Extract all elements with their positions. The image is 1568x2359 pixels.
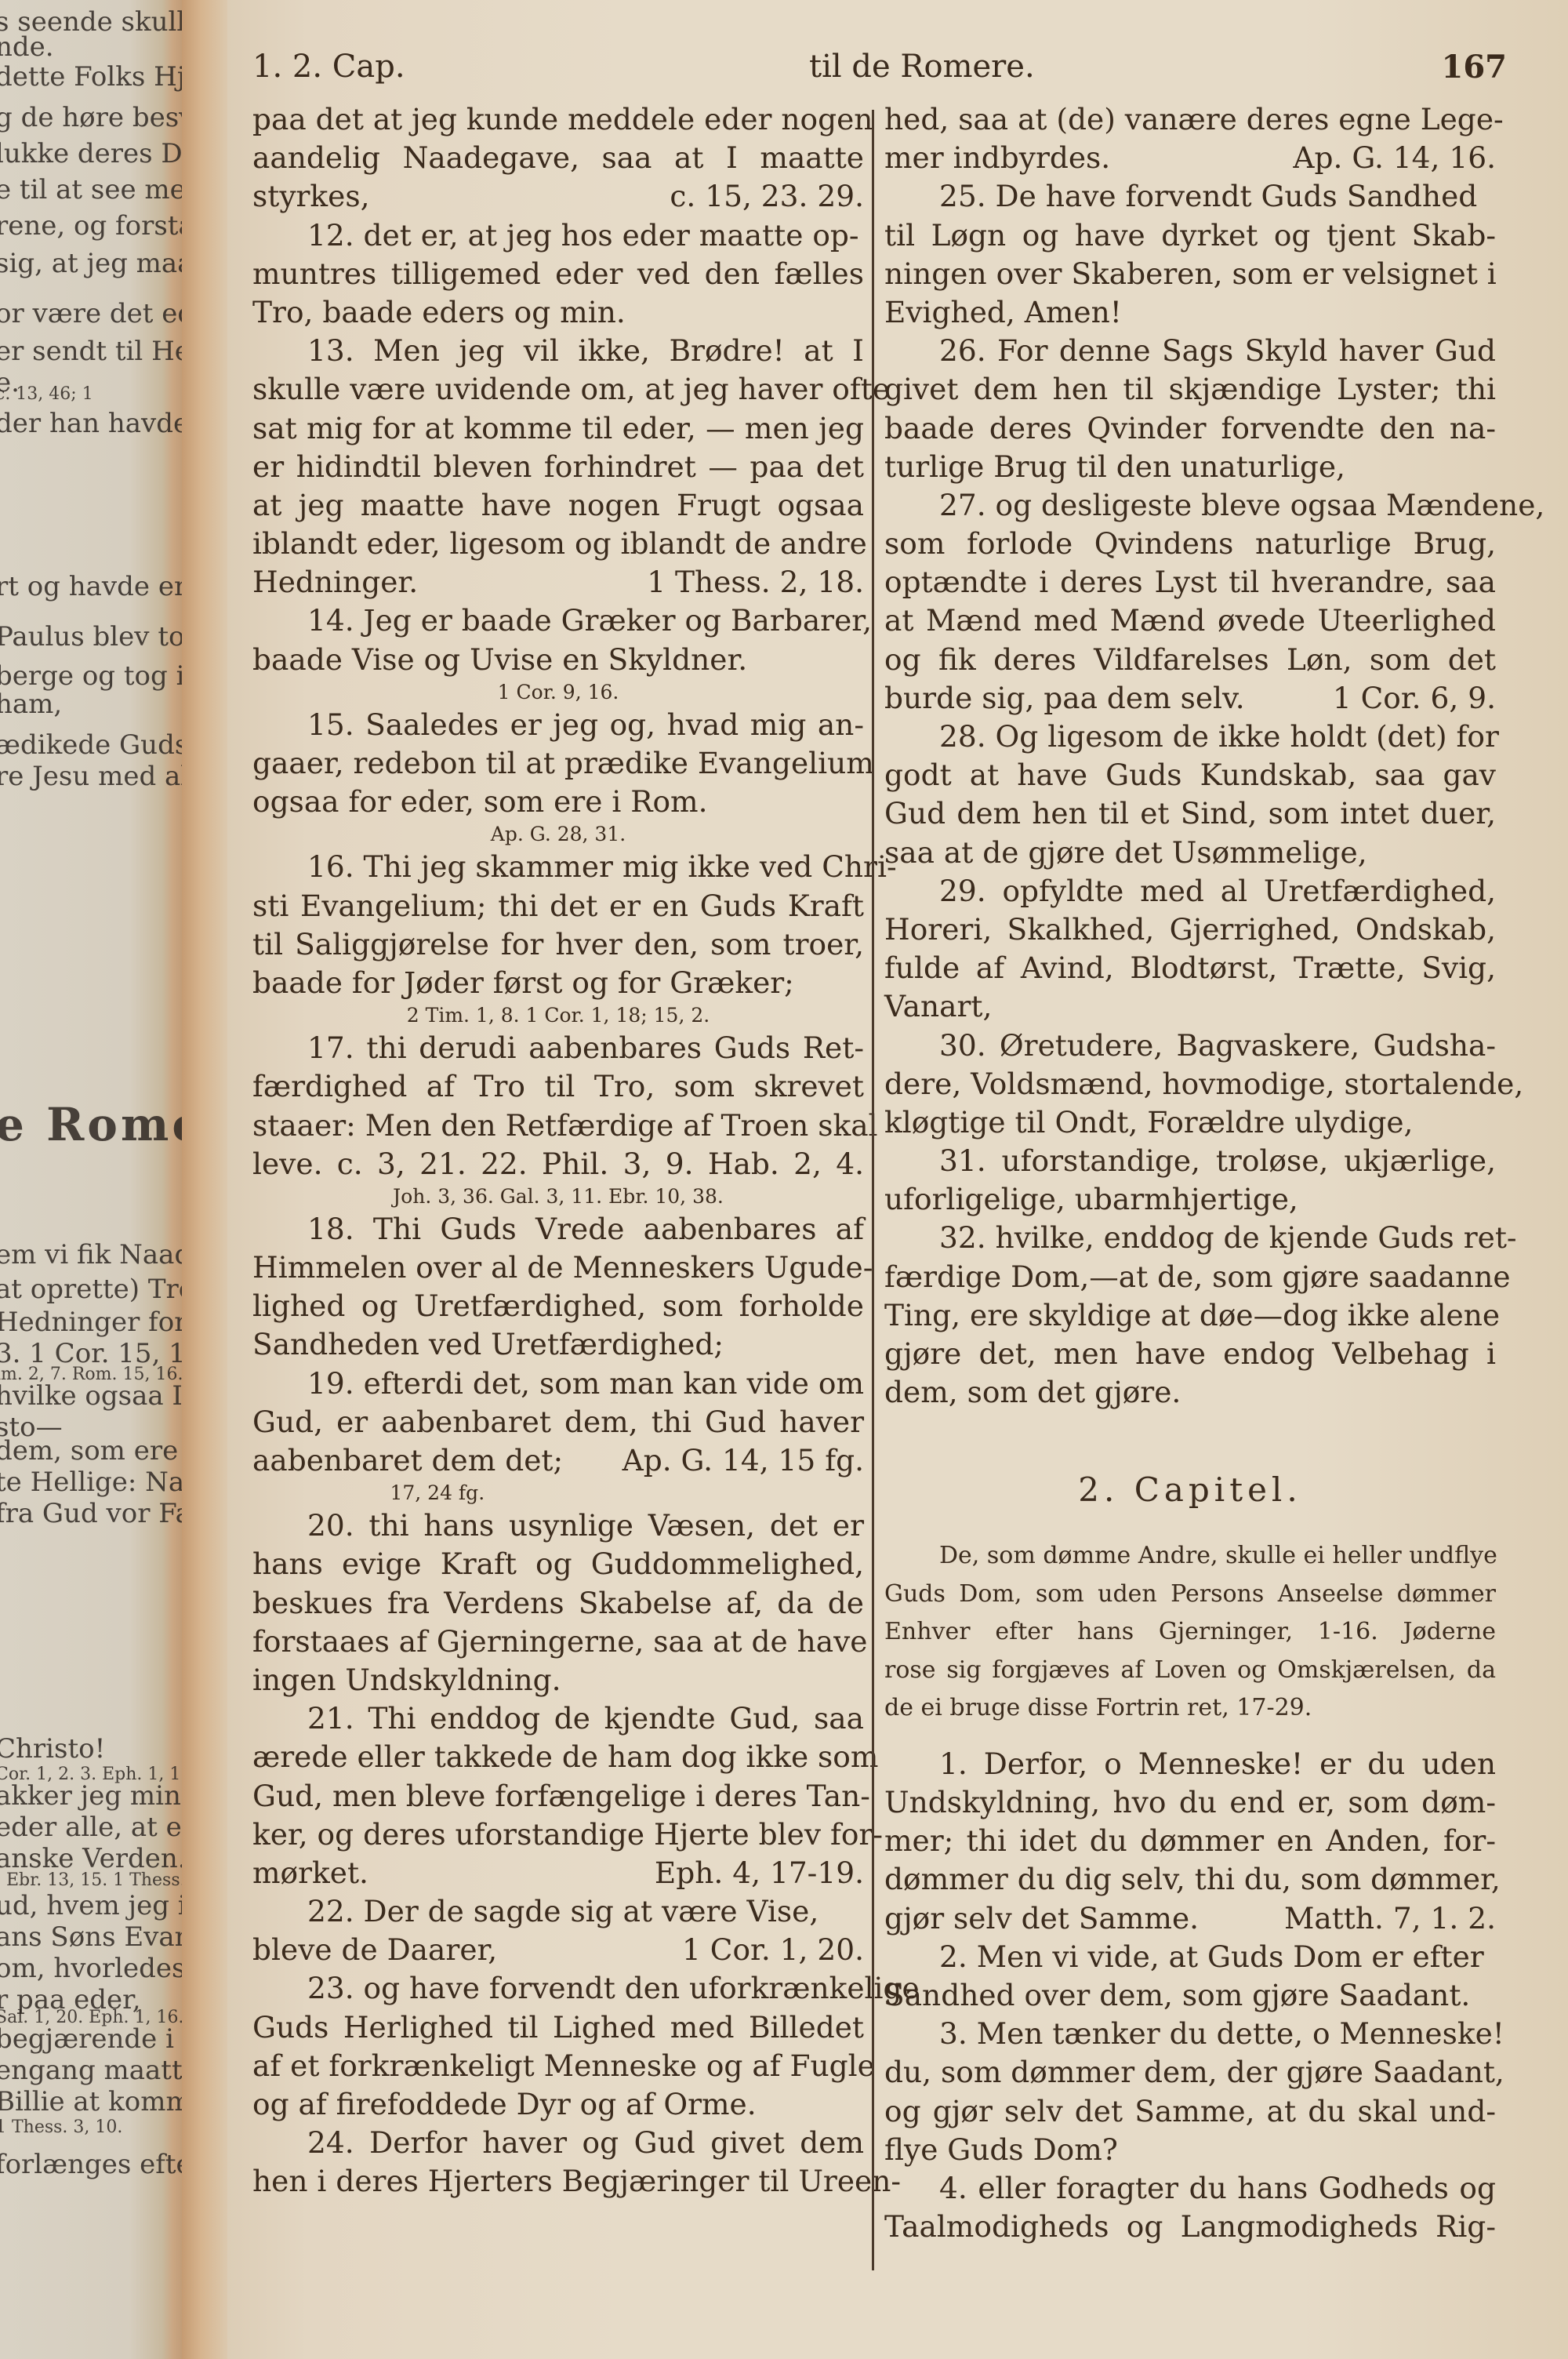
text-line: lighed og Uretfærdighed, som forholde [252, 1287, 864, 1325]
text-line: færdige Dom,—at de, som gjøre saadanne [884, 1258, 1496, 1296]
line-text: dem, som det gjøre. [884, 1375, 1181, 1409]
line-text: De, som dømme Andre, skulle ei heller un… [939, 1542, 1497, 1569]
line-text: 13. Men jeg vil ikke, Brødre! at I [307, 333, 864, 368]
line-text: hed, saa at (de) vanære deres egne Lege- [884, 102, 1504, 136]
line-text: iblandt eder, ligesom og iblandt de andr… [252, 526, 867, 561]
line-text: Undskyldning, hvo du end er, som døm- [884, 1785, 1496, 1819]
line-text: 22. Der de sagde sig at være Vise, [307, 1894, 818, 1928]
line-text: 17. thi derudi aabenbares Guds Ret- [307, 1030, 864, 1065]
previous-page-text: em vi fik Naade og Apo [0, 1239, 184, 1270]
column-divider-rule [872, 110, 874, 2270]
line-text: 19. efterdi det, som man kan vide om [307, 1366, 864, 1401]
line-text: Guds Dom, som uden Persons Anseelse dømm… [884, 1580, 1496, 1608]
line-text: aandelig Naadegave, saa at I maatte [252, 140, 864, 175]
line-text: er hidindtil bleven forhindret — paa det [252, 449, 864, 484]
verse-start-line: 21. Thi enddog de kjendte Gud, saa [252, 1699, 864, 1738]
line-text: 16. Thi jeg skammer mig ikke ved Chri- [307, 849, 897, 884]
line-text: beskues fra Verdens Skabelse af, da de [252, 1586, 864, 1620]
line-text: skulle være uvidende om, at jeg haver of… [252, 372, 890, 406]
cross-reference: 1 Thess. 2, 18. [647, 563, 864, 602]
text-line: Horeri, Skalkhed, Gjerrighed, Ondskab, [884, 911, 1496, 949]
line-text: 24. Derfor haver og Gud givet dem [307, 2125, 864, 2160]
line-text: optændte i deres Lyst til hverandre, saa [884, 565, 1496, 599]
text-line: ærede eller takkede de ham dog ikke som [252, 1738, 864, 1776]
line-text: 26. For denne Sags Skyld haver Gud [939, 333, 1496, 368]
line-text: ærede eller takkede de ham dog ikke som [252, 1739, 878, 1774]
book-page: 1. 2. Cap. til de Romere. 167 paa det at… [227, 0, 1568, 2359]
previous-page-text: ud, hvem jeg i min A [0, 1890, 184, 1921]
text-line: hen i deres Hjerters Begjæringer til Ure… [252, 2162, 864, 2201]
text-line: bleve de Daarer,1 Cor. 1, 20. [252, 1931, 864, 1969]
line-text: gjør selv det Samme. [884, 1901, 1199, 1936]
text-line: til Saliggjørelse for hver den, som troe… [252, 925, 864, 964]
line-text: og gjør selv det Samme, at du skal und- [884, 2094, 1496, 2128]
verse-start-line: 23. og have forvendt den uforkrænkelige [252, 1969, 864, 2008]
verse-start-line: 13. Men jeg vil ikke, Brødre! at I [252, 332, 864, 370]
line-text: Sandheden ved Uretfærdighed; [252, 1327, 724, 1361]
line-text: bleve de Daarer, [252, 1932, 497, 1967]
text-line: givet dem hen til skjændige Lyster; thi [884, 370, 1496, 409]
line-text: du, som dømmer dem, der gjøre Saadant, [884, 2055, 1504, 2089]
verse-start-line: 12. det er, at jeg hos eder maatte op- [252, 216, 864, 255]
text-line: som forlode Qvindens naturlige Brug, [884, 525, 1496, 563]
text-line: baade deres Qvinder forvendte den na- [884, 409, 1496, 448]
previous-page-text: lukke deres Dine, at [0, 138, 184, 169]
book-gutter [182, 0, 229, 2359]
line-text: hans evige Kraft og Guddommelighed, [252, 1547, 864, 1581]
line-text: fulde af Avind, Blodtørst, Trætte, Svig, [884, 951, 1496, 985]
previous-page-text: . Ebr. 13, 15. 1 Thess. 1, 8. [0, 1870, 184, 1890]
text-line: flye Guds Dom? [884, 2131, 1496, 2169]
line-text: burde sig, paa dem selv. [884, 681, 1245, 715]
right-column: hed, saa at (de) vanære deres egne Lege-… [884, 100, 1496, 2246]
text-line: de ei bruge disse Fortrin ret, 17-29. [884, 1689, 1496, 1728]
text-line: ningen over Skaberen, som er velsignet i [884, 255, 1496, 293]
text-line: ogsaa for eder, som ere i Rom. [252, 783, 864, 821]
previous-page-text: or være det eder vitter [0, 298, 184, 329]
line-text: godt at have Guds Kundskab, saa gav [884, 758, 1496, 792]
text-line: turlige Brug til den unaturlige, [884, 448, 1496, 486]
verse-start-line: 25. De have forvendt Guds Sandhed [884, 177, 1496, 216]
line-text: 21. Thi enddog de kjendte Gud, saa [307, 1701, 864, 1736]
line-text: baade for Jøder først og for Græker; [252, 965, 794, 1000]
line-text: Guds Herlighed til Lighed med Billedet [252, 2010, 864, 2045]
text-line: mer indbyrdes.Ap. G. 14, 16. [884, 139, 1496, 177]
line-text: rose sig forgjæves af Loven og Omskjærel… [884, 1656, 1496, 1684]
cross-reference: 1 Cor. 9, 16. [252, 679, 864, 706]
line-text: saa at de gjøre det Usømmelige, [884, 835, 1367, 870]
text-line: hans evige Kraft og Guddommelighed, [252, 1545, 864, 1583]
line-text: Vanart, [884, 989, 992, 1023]
text-line: iblandt eder, ligesom og iblandt de andr… [252, 525, 864, 563]
cross-reference: 1 Cor. 1, 20. [682, 1931, 864, 1969]
text-line: gjøre det, men have endog Velbehag i [884, 1335, 1496, 1373]
text-line: aabenbaret dem det;Ap. G. 14, 15 fg. [252, 1441, 864, 1480]
line-text: 30. Øretudere, Bagvaskere, Gudsha- [939, 1028, 1496, 1063]
line-text: 32. hvilke, enddog de kjende Guds ret- [939, 1220, 1517, 1255]
line-text: Gud dem hen til et Sind, som intet duer, [884, 796, 1496, 831]
cross-reference: 1 Cor. 6, 9. [1333, 679, 1496, 718]
text-line: Sandhed over dem, som gjøre Saadant. [884, 1976, 1496, 2015]
cross-reference: 2 Tim. 1, 8. 1 Cor. 1, 18; 15, 2. [252, 1002, 864, 1029]
verse-start-line: 2. Men vi vide, at Guds Dom er efter [884, 1938, 1496, 1976]
text-line: baade for Jøder først og for Græker; [252, 964, 864, 1002]
page-number: 167 [1442, 49, 1508, 85]
verse-start-line: 4. eller foragter du hans Godheds og [884, 2169, 1496, 2208]
previous-page-text: e Romere. [0, 1098, 184, 1151]
text-line: Gud dem hen til et Sind, som intet duer, [884, 794, 1496, 833]
verse-start-line: 18. Thi Guds Vrede aabenbares af [252, 1210, 864, 1249]
verse-start-line: 28. Og ligesom de ikke holdt (det) for [884, 718, 1496, 756]
verse-start-line: 3. Men tænker du dette, o Menneske! [884, 2015, 1496, 2053]
text-line: godt at have Guds Kundskab, saa gav [884, 756, 1496, 794]
previous-page-text: Paulus blev to fulde [0, 621, 184, 652]
text-line: er hidindtil bleven forhindret — paa det [252, 448, 864, 486]
line-text: flye Guds Dom? [884, 2132, 1118, 2167]
line-text: gjøre det, men have endog Velbehag i [884, 1336, 1496, 1371]
text-line: og fik deres Vildfarelses Løn, som det [884, 641, 1496, 679]
verse-start-line: 20. thi hans usynlige Væsen, det er [252, 1507, 864, 1545]
text-line: og gjør selv det Samme, at du skal und- [884, 2092, 1496, 2131]
cross-reference: c. 15, 23. 29. [670, 177, 864, 216]
spacer [884, 1728, 1496, 1745]
previous-page-curl: s seende skulle I se,nde.dette Folks Hje… [0, 0, 184, 2359]
line-text: 12. det er, at jeg hos eder maatte op- [307, 218, 859, 253]
verse-start-line: 32. hvilke, enddog de kjende Guds ret- [884, 1219, 1496, 1257]
line-text: mer; thi idet du dømmer en Anden, for- [884, 1823, 1496, 1858]
text-line: gjør selv det Samme.Matth. 7, 1. 2. [884, 1899, 1496, 1938]
previous-page-text: te Hellige: Naade være [0, 1467, 184, 1498]
cross-reference: Ap. G. 14, 16. [1293, 139, 1496, 177]
text-line: leve. c. 3, 21. 22. Phil. 3, 9. Hab. 2, … [252, 1145, 864, 1183]
line-text: Enhver efter hans Gjerninger, 1-16. Jøde… [884, 1618, 1496, 1645]
line-text: som forlode Qvindens naturlige Brug, [884, 526, 1496, 561]
previous-page-text: 1 Thess. 3, 10. [0, 2117, 122, 2137]
line-text: 3. Men tænker du dette, o Menneske! [939, 2016, 1504, 2051]
line-text: 29. opfyldte med al Uretfærdighed, [939, 874, 1496, 908]
line-text: aabenbaret dem det; [252, 1443, 563, 1478]
previous-page-text: ham, [0, 689, 62, 720]
text-line: beskues fra Verdens Skabelse af, da de [252, 1584, 864, 1623]
text-line: kløgtige til Ondt, Forældre ulydige, [884, 1103, 1496, 1142]
verse-start-line: 17. thi derudi aabenbares Guds Ret- [252, 1029, 864, 1067]
line-text: at Mænd med Mænd øvede Uteerlighed [884, 603, 1496, 638]
cross-reference: 17, 24 fg. [252, 1480, 864, 1507]
text-line: paa det at jeg kunde meddele eder nogen [252, 100, 864, 139]
text-line: burde sig, paa dem selv.1 Cor. 6, 9. [884, 679, 1496, 718]
line-text: ningen over Skaberen, som er velsignet i [884, 256, 1497, 291]
line-text: 31. uforstandige, troløse, ukjærlige, [939, 1143, 1496, 1178]
text-line: Taalmodigheds og Langmodigheds Rig- [884, 2208, 1496, 2246]
cross-reference: Ap. G. 28, 31. [252, 821, 864, 848]
line-text: ker, og deres uforstandige Hjerte blev f… [252, 1817, 883, 1852]
previous-page-text: rene, og forstaae med [0, 210, 184, 242]
text-line: mer; thi idet du dømmer en Anden, for- [884, 1822, 1496, 1860]
line-text: muntres tilligemed eder ved den fælles [252, 256, 864, 291]
previous-page-text: akker jeg min Gud ved [0, 1780, 184, 1812]
text-line: du, som dømmer dem, der gjøre Saadant, [884, 2053, 1496, 2092]
verse-start-line: 30. Øretudere, Bagvaskere, Gudsha- [884, 1027, 1496, 1065]
previous-page-text: Billie at komme til eder [0, 2086, 184, 2117]
previous-page-text: g de høre besværlig [0, 102, 184, 133]
previous-page-text: c. 13, 46; 1 [0, 384, 93, 404]
text-line: Enhver efter hans Gjerninger, 1-16. Jøde… [884, 1613, 1496, 1652]
text-line: aandelig Naadegave, saa at I maatte [252, 139, 864, 177]
text-line: til Løgn og have dyrket og tjent Skab- [884, 216, 1496, 255]
line-text: styrkes, [252, 179, 370, 213]
chapter-summary: De, som dømme Andre, skulle ei heller un… [884, 1537, 1496, 1728]
text-line: mørket.Eph. 4, 17-19. [252, 1854, 864, 1892]
text-line: sat mig for at komme til eder, — men jeg [252, 409, 864, 448]
previous-page-text: begjærende i mine Bøn [0, 2023, 184, 2055]
text-line: Himmelen over al de Menneskers Ugude- [252, 1249, 864, 1287]
line-text: lighed og Uretfærdighed, som forholde [252, 1289, 864, 1323]
line-text: Hedninger. [252, 565, 418, 599]
previous-page-text: engang maatte faae Lei [0, 2055, 184, 2086]
line-text: 15. Saaledes er jeg og, hvad mig an- [307, 707, 864, 742]
line-text: baade Vise og Uvise en Skyldner. [252, 642, 747, 677]
previous-page-text: er sendt til Hedningerne [0, 336, 184, 367]
line-text: til Saliggjørelse for hver den, som troe… [252, 927, 864, 961]
text-line: ker, og deres uforstandige Hjerte blev f… [252, 1816, 864, 1854]
cross-reference: Eph. 4, 17-19. [655, 1854, 864, 1892]
line-text: 20. thi hans usynlige Væsen, det er [307, 1508, 864, 1543]
text-line: dem, som det gjøre. [884, 1373, 1496, 1412]
text-line: skulle være uvidende om, at jeg haver of… [252, 370, 864, 409]
line-text: Evighed, Amen! [884, 295, 1122, 329]
text-line: Guds Herlighed til Lighed med Billedet [252, 2008, 864, 2047]
text-line: baade Vise og Uvise en Skyldner. [252, 641, 864, 679]
text-line: sti Evangelium; thi det er en Guds Kraft [252, 887, 864, 925]
verse-start-line: 19. efterdi det, som man kan vide om [252, 1365, 864, 1403]
line-text: 23. og have forvendt den uforkrænkelige [307, 1971, 920, 2005]
chapter-heading: 2. Capitel. [884, 1443, 1496, 1537]
text-line: Vanart, [884, 987, 1496, 1026]
previous-page-text: forlænges efter at s [0, 2149, 184, 2180]
text-line: Tro, baade eders og min. [252, 293, 864, 332]
line-text: Taalmodigheds og Langmodigheds Rig- [884, 2209, 1496, 2244]
line-text: 27. og desligeste bleve ogsaa Mændene, [939, 488, 1544, 522]
text-line: dere, Voldsmænd, hovmodige, stortalende, [884, 1065, 1496, 1103]
text-line: Evighed, Amen! [884, 293, 1496, 332]
previous-page-text: dem, som ere i Rom, Gu [0, 1435, 184, 1467]
book-title-label: til de Romere. [809, 49, 1035, 85]
line-text: Gud, men bleve forfængelige i deres Tan- [252, 1779, 870, 1813]
line-text: ingen Undskyldning. [252, 1663, 561, 1697]
previous-page-text: Christo! [0, 1733, 105, 1765]
line-text: leve. c. 3, 21. 22. Phil. 3, 9. Hab. 2, … [252, 1147, 864, 1181]
line-text: staaer: Men den Retfærdige af Troen skal [252, 1108, 878, 1143]
previous-page-text: dette Folks Hjerte er [0, 61, 184, 93]
line-text: 25. De have forvendt Guds Sandhed [939, 179, 1477, 213]
text-line: Undskyldning, hvo du end er, som døm- [884, 1783, 1496, 1822]
text-line: styrkes,c. 15, 23. 29. [252, 177, 864, 216]
previous-page-text: at oprette) Troens Lyd [0, 1274, 184, 1305]
text-line: Gud, er aabenbaret dem, thi Gud haver [252, 1403, 864, 1441]
previous-page-text: Hedninger formedelst [0, 1307, 184, 1338]
text-line: og af firefoddede Dyr og af Orme. [252, 2085, 864, 2124]
line-text: givet dem hen til skjændige Lyster; thi [884, 372, 1496, 406]
cross-reference: Joh. 3, 36. Gal. 3, 11. Ebr. 10, 38. [252, 1183, 864, 1210]
cross-reference: Ap. G. 14, 15 fg. [622, 1441, 864, 1480]
line-text: Sandhed over dem, som gjøre Saadant. [884, 1978, 1470, 2012]
line-text: de ei bruge disse Fortrin ret, 17-29. [884, 1694, 1312, 1721]
line-text: 18. Thi Guds Vrede aabenbares af [307, 1212, 864, 1246]
text-line: fulde af Avind, Blodtørst, Trætte, Svig, [884, 949, 1496, 987]
verse-start-line: 1. Derfor, o Menneske! er du uden [884, 1745, 1496, 1783]
line-text: sat mig for at komme til eder, — men jeg [252, 411, 864, 445]
verse-start-line: 16. Thi jeg skammer mig ikke ved Chri- [252, 848, 864, 886]
line-text: paa det at jeg kunde meddele eder nogen [252, 102, 873, 136]
previous-page-text: berge og tog imod Al [0, 660, 184, 692]
line-text: hen i deres Hjerters Begjæringer til Ure… [252, 2164, 901, 2198]
previous-page-text: e til at see med Dine [0, 174, 184, 205]
previous-page-text: ans Søns Evangelium [0, 1921, 184, 1953]
line-text: til Løgn og have dyrket og tjent Skab- [884, 218, 1496, 253]
text-line: forstaaes af Gjerningerne, saa at de hav… [252, 1623, 864, 1661]
line-text: baade deres Qvinder forvendte den na- [884, 411, 1496, 445]
line-text: gaaer, redebon til at prædike Evangelium [252, 746, 874, 780]
previous-page-text: ædikede Guds Rige og [0, 729, 184, 761]
text-line: saa at de gjøre det Usømmelige, [884, 834, 1496, 872]
previous-page-text: anske Verden. 1 Cor. [0, 1843, 184, 1874]
running-head: 1. 2. Cap. til de Romere. 167 [252, 49, 1507, 96]
text-line: Ting, ere skyldige at døe—dog ikke alene [884, 1296, 1496, 1335]
line-text: af et forkrænkeligt Menneske og af Fugle [252, 2048, 875, 2083]
previous-page-text: om, hvorledes jeg uden [0, 1953, 184, 1984]
verse-start-line: 29. opfyldte med al Uretfærdighed, [884, 872, 1496, 911]
verse-start-line: 26. For denne Sags Skyld haver Gud [884, 332, 1496, 370]
previous-page-text: rt og havde en stor Tr [0, 571, 184, 602]
verse-start-line: 22. Der de sagde sig at være Vise, [252, 1892, 864, 1931]
text-line: muntres tilligemed eder ved den fælles [252, 255, 864, 293]
line-text: dere, Voldsmænd, hovmodige, stortalende, [884, 1067, 1523, 1101]
line-text: uforligelige, ubarmhjertige, [884, 1182, 1298, 1216]
text-line: at jeg maatte have nogen Frugt ogsaa [252, 486, 864, 525]
previous-page-text: eder alle, at eders Tro [0, 1812, 184, 1843]
text-line: Sandheden ved Uretfærdighed; [252, 1325, 864, 1364]
line-text: og fik deres Vildfarelses Løn, som det [884, 642, 1496, 677]
previous-page-text: der han havde sagt det [0, 408, 184, 439]
line-text: Ting, ere skyldige at døe—dog ikke alene [884, 1298, 1500, 1332]
line-text: 2. Men vi vide, at Guds Dom er efter [939, 1939, 1484, 1974]
line-text: og af firefoddede Dyr og af Orme. [252, 2087, 757, 2121]
line-text: Himmelen over al de Menneskers Ugude- [252, 1250, 873, 1285]
verse-start-line: 31. uforstandige, troløse, ukjærlige, [884, 1142, 1496, 1180]
line-text: færdighed af Tro til Tro, som skrevet [252, 1069, 864, 1103]
text-line: færdighed af Tro til Tro, som skrevet [252, 1067, 864, 1106]
line-text: ogsaa for eder, som ere i Rom. [252, 784, 708, 819]
text-line: Guds Dom, som uden Persons Anseelse dømm… [884, 1576, 1496, 1614]
line-text: 1. Derfor, o Menneske! er du uden [939, 1747, 1496, 1781]
verse-start-line: 27. og desligeste bleve ogsaa Mændene, [884, 486, 1496, 525]
line-text: Tro, baade eders og min. [252, 295, 626, 329]
text-line: at Mænd med Mænd øvede Uteerlighed [884, 602, 1496, 640]
cross-reference: Matth. 7, 1. 2. [1284, 1899, 1496, 1938]
text-line: uforligelige, ubarmhjertige, [884, 1180, 1496, 1219]
text-line: Hedninger.1 Thess. 2, 18. [252, 563, 864, 602]
line-text: mørket. [252, 1856, 368, 1890]
previous-page-text: nde. [0, 31, 54, 63]
line-text: 14. Jeg er baade Græker og Barbarer, [307, 603, 872, 638]
verse-start-line: 24. Derfor haver og Gud givet dem [252, 2124, 864, 2162]
text-line: De, som dømme Andre, skulle ei heller un… [884, 1537, 1496, 1576]
text-line: staaer: Men den Retfærdige af Troen skal [252, 1107, 864, 1145]
line-text: færdige Dom,—at de, som gjøre saadanne [884, 1259, 1511, 1294]
text-line: gaaer, redebon til at prædike Evangelium [252, 744, 864, 783]
previous-page-text: sig, at jeg maatte hel [0, 248, 184, 279]
line-text: 28. Og ligesom de ikke holdt (det) for [939, 719, 1499, 754]
text-line: optændte i deres Lyst til hverandre, saa [884, 563, 1496, 602]
line-text: Horeri, Skalkhed, Gjerrighed, Ondskab, [884, 912, 1496, 947]
line-text: kløgtige til Ondt, Forældre ulydige, [884, 1105, 1413, 1140]
line-text: turlige Brug til den unaturlige, [884, 449, 1345, 484]
line-text: 4. eller foragter du hans Godheds og [939, 2171, 1496, 2205]
line-text: forstaaes af Gjerningerne, saa at de hav… [252, 1624, 867, 1659]
line-text: sti Evangelium; thi det er en Guds Kraft [252, 889, 864, 923]
line-text: mer indbyrdes. [884, 140, 1110, 175]
left-column: paa det at jeg kunde meddele eder nogena… [252, 100, 864, 2201]
previous-page-text: hvilke ogsaa I ere, kal [0, 1380, 184, 1412]
previous-page-text: fra Gud vor Fader, og [0, 1498, 184, 1529]
previous-page-text: re Jesu med al Frimod [0, 761, 184, 792]
text-line: ingen Undskyldning. [252, 1661, 864, 1699]
line-text: at jeg maatte have nogen Frugt ogsaa [252, 488, 864, 522]
verse-start-line: 15. Saaledes er jeg og, hvad mig an- [252, 706, 864, 744]
text-line: Gud, men bleve forfængelige i deres Tan- [252, 1777, 864, 1816]
text-line: af et forkrænkeligt Menneske og af Fugle [252, 2047, 864, 2085]
line-text: Gud, er aabenbaret dem, thi Gud haver [252, 1405, 864, 1439]
text-line: dømmer du dig selv, thi du, som dømmer, [884, 1860, 1496, 1899]
text-line: hed, saa at (de) vanære deres egne Lege- [884, 100, 1496, 139]
line-text: dømmer du dig selv, thi du, som dømmer, [884, 1862, 1501, 1896]
text-line: rose sig forgjæves af Loven og Omskjærel… [884, 1652, 1496, 1690]
chapter-range-label: 1. 2. Cap. [252, 49, 405, 85]
verse-start-line: 14. Jeg er baade Græker og Barbarer, [252, 602, 864, 640]
